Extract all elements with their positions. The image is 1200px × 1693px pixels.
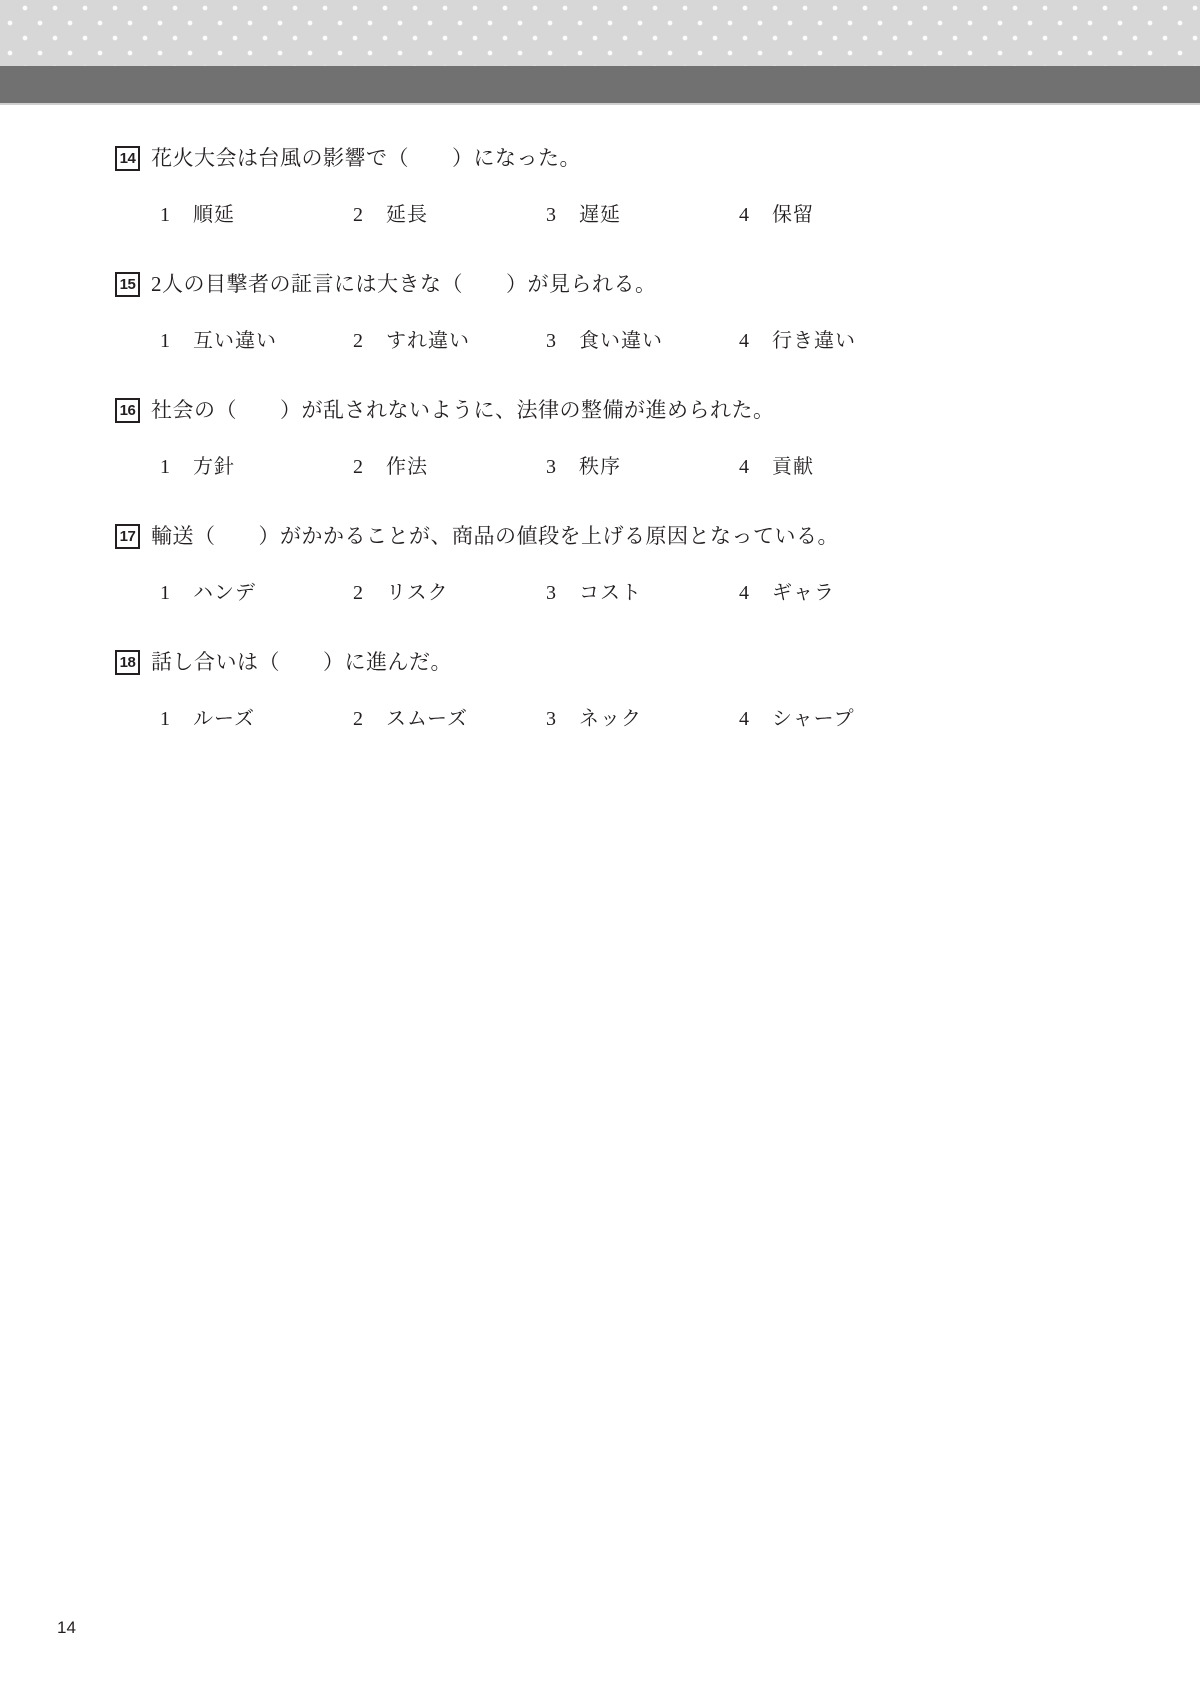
question-head: 18 話し合いは（ ）に進んだ。 (115, 648, 1200, 676)
question-head: 17 輸送（ ）がかかることが、商品の値段を上げる原因となっている。 (115, 522, 1200, 550)
question-head: 15 2人の目撃者の証言には大きな（ ）が見られる。 (115, 270, 1200, 298)
option-label: コスト (579, 579, 642, 607)
option: 3 食い違い (546, 327, 739, 355)
question-head: 16 社会の（ ）が乱されないように、法律の整備が進められた。 (115, 396, 1200, 424)
option-number: 1 (160, 705, 176, 733)
option-label: リスク (386, 579, 449, 607)
question-stem: 社会の（ ）が乱されないように、法律の整備が進められた。 (151, 396, 775, 424)
question-stem: 輸送（ ）がかかることが、商品の値段を上げる原因となっている。 (151, 522, 839, 550)
option-number: 2 (353, 453, 369, 481)
option-label: 遅延 (579, 201, 621, 229)
option: 1 ハンデ (160, 579, 353, 607)
question-18: 18 話し合いは（ ）に進んだ。 1 ルーズ 2 スムーズ 3 ネック 4 シャ… (115, 648, 1200, 733)
question-options: 1 順延 2 延長 3 遅延 4 保留 (115, 201, 1200, 229)
option-number: 2 (353, 201, 369, 229)
option-number: 1 (160, 201, 176, 229)
option-label: シャープ (772, 705, 855, 733)
option: 2 リスク (353, 579, 546, 607)
option-label: ハンデ (193, 579, 256, 607)
option-number: 2 (353, 705, 369, 733)
gray-bar (0, 66, 1200, 105)
question-number-box: 14 (115, 146, 140, 171)
question-list: 14 花火大会は台風の影響で（ ）になった。 1 順延 2 延長 3 遅延 4 … (0, 105, 1200, 733)
option-label: すれ違い (386, 327, 470, 355)
option-label: 方針 (193, 453, 235, 481)
option-label: ネック (579, 705, 642, 733)
question-number-box: 18 (115, 650, 140, 675)
page-header (0, 0, 1200, 105)
option: 3 ネック (546, 705, 739, 733)
dotted-band (0, 0, 1200, 66)
option-number: 3 (546, 201, 562, 229)
option: 4 貢献 (739, 453, 814, 481)
option-number: 1 (160, 579, 176, 607)
option-label: 延長 (386, 201, 428, 229)
option: 1 順延 (160, 201, 353, 229)
option-number: 3 (546, 705, 562, 733)
option: 4 行き違い (739, 327, 856, 355)
option-label: 貢献 (772, 453, 814, 481)
option: 2 作法 (353, 453, 546, 481)
option-number: 2 (353, 579, 369, 607)
option-number: 3 (546, 327, 562, 355)
question-stem: 2人の目撃者の証言には大きな（ ）が見られる。 (151, 270, 657, 298)
option-label: 保留 (772, 201, 814, 229)
option-number: 4 (739, 453, 755, 481)
option-number: 4 (739, 705, 755, 733)
option-label: ルーズ (193, 705, 255, 733)
question-options: 1 ハンデ 2 リスク 3 コスト 4 ギャラ (115, 579, 1200, 607)
question-options: 1 方針 2 作法 3 秩序 4 貢献 (115, 453, 1200, 481)
option: 2 延長 (353, 201, 546, 229)
option: 1 互い違い (160, 327, 353, 355)
option: 4 ギャラ (739, 579, 835, 607)
question-options: 1 互い違い 2 すれ違い 3 食い違い 4 行き違い (115, 327, 1200, 355)
question-head: 14 花火大会は台風の影響で（ ）になった。 (115, 144, 1200, 172)
question-number-box: 16 (115, 398, 140, 423)
question-number-box: 15 (115, 272, 140, 297)
option-number: 4 (739, 579, 755, 607)
question-14: 14 花火大会は台風の影響で（ ）になった。 1 順延 2 延長 3 遅延 4 … (115, 144, 1200, 229)
option-label: 作法 (386, 453, 428, 481)
option: 3 遅延 (546, 201, 739, 229)
option-number: 1 (160, 453, 176, 481)
question-16: 16 社会の（ ）が乱されないように、法律の整備が進められた。 1 方針 2 作… (115, 396, 1200, 481)
question-number-box: 17 (115, 524, 140, 549)
question-stem: 花火大会は台風の影響で（ ）になった。 (151, 144, 581, 172)
option-label: 行き違い (772, 327, 856, 355)
option-number: 3 (546, 453, 562, 481)
option: 3 コスト (546, 579, 739, 607)
option-label: 食い違い (579, 327, 663, 355)
option-number: 4 (739, 327, 755, 355)
option-label: 秩序 (579, 453, 621, 481)
option-label: 互い違い (193, 327, 277, 355)
option: 4 シャープ (739, 705, 855, 733)
option: 3 秩序 (546, 453, 739, 481)
question-17: 17 輸送（ ）がかかることが、商品の値段を上げる原因となっている。 1 ハンデ… (115, 522, 1200, 607)
option: 1 方針 (160, 453, 353, 481)
option: 4 保留 (739, 201, 814, 229)
question-15: 15 2人の目撃者の証言には大きな（ ）が見られる。 1 互い違い 2 すれ違い… (115, 270, 1200, 355)
option-label: ギャラ (772, 579, 835, 607)
option-label: 順延 (193, 201, 235, 229)
question-stem: 話し合いは（ ）に進んだ。 (151, 648, 452, 676)
question-options: 1 ルーズ 2 スムーズ 3 ネック 4 シャープ (115, 705, 1200, 733)
option: 1 ルーズ (160, 705, 353, 733)
option: 2 すれ違い (353, 327, 546, 355)
option-number: 1 (160, 327, 176, 355)
option-number: 4 (739, 201, 755, 229)
option-number: 3 (546, 579, 562, 607)
page-number: 14 (57, 1618, 76, 1638)
option: 2 スムーズ (353, 705, 546, 733)
option-label: スムーズ (386, 705, 468, 733)
option-number: 2 (353, 327, 369, 355)
